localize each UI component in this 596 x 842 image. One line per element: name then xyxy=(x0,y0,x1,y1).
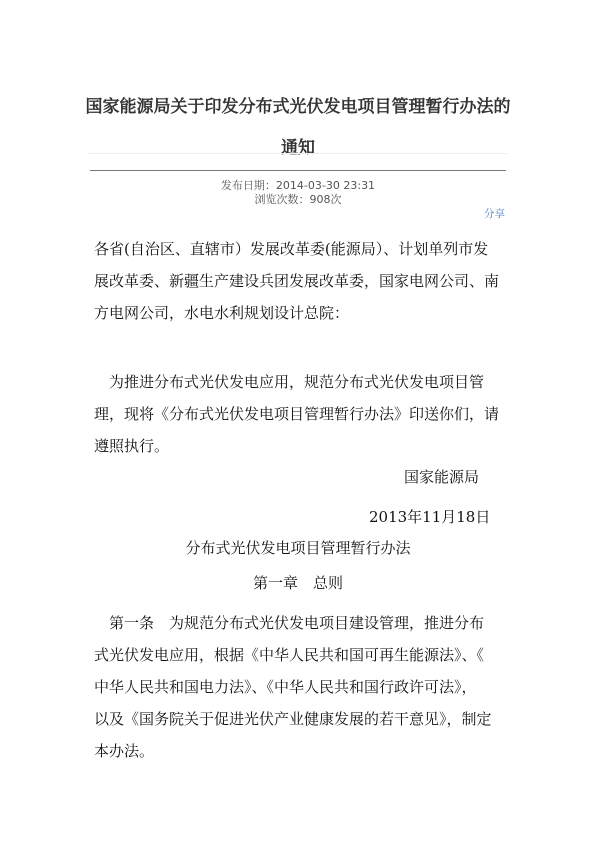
addressee-paragraph: 各省(自治区、直辖市）发展改革委(能源局）、计划单列市发 展改革委、新疆生产建设… xyxy=(94,233,514,329)
signature-date: 2013年11月18日 xyxy=(369,506,490,527)
text-line: 本办法。 xyxy=(94,735,514,767)
text-line: 理，现将《分布式光伏发电项目管理暂行办法》印送你们，请 xyxy=(94,398,514,430)
chapter-heading: 第一章 总则 xyxy=(0,572,596,593)
page-title-line1: 国家能源局关于印发分布式光伏发电项目管理暂行办法的 xyxy=(60,92,536,117)
text-line: 方电网公司，水电水利规划设计总院： xyxy=(94,297,514,329)
text-line: 式光伏发电应用，根据《中华人民共和国可再生能源法》、《 xyxy=(94,639,514,671)
divider xyxy=(90,170,506,171)
document-title: 分布式光伏发电项目管理暂行办法 xyxy=(0,537,596,558)
text-line: 第一条 为规范分布式光伏发电项目建设管理，推进分布 xyxy=(94,607,514,639)
page-title-line2: 通知 xyxy=(60,133,536,158)
share-link[interactable]: 分享 xyxy=(484,206,505,221)
text-line: 为推进分布式光伏发电应用，规范分布式光伏发电项目管 xyxy=(94,366,514,398)
signature: 国家能源局 xyxy=(404,466,479,487)
divider-light xyxy=(88,153,508,154)
article-1-paragraph: 第一条 为规范分布式光伏发电项目建设管理，推进分布 式光伏发电应用，根据《中华人… xyxy=(94,607,514,767)
text-line: 以及《国务院关于促进光伏产业健康发展的若干意见》，制定 xyxy=(94,703,514,735)
intro-paragraph: 为推进分布式光伏发电应用，规范分布式光伏发电项目管 理，现将《分布式光伏发电项目… xyxy=(94,366,514,462)
text-line: 各省(自治区、直辖市）发展改革委(能源局）、计划单列市发 xyxy=(94,233,514,265)
text-line: 展改革委、新疆生产建设兵团发展改革委，国家电网公司、南 xyxy=(94,265,514,297)
view-count: 浏览次数：908次 xyxy=(0,191,596,207)
text-line: 遵照执行。 xyxy=(94,430,514,462)
text-line: 中华人民共和国电力法》、《中华人民共和国行政许可法》， xyxy=(94,671,514,703)
